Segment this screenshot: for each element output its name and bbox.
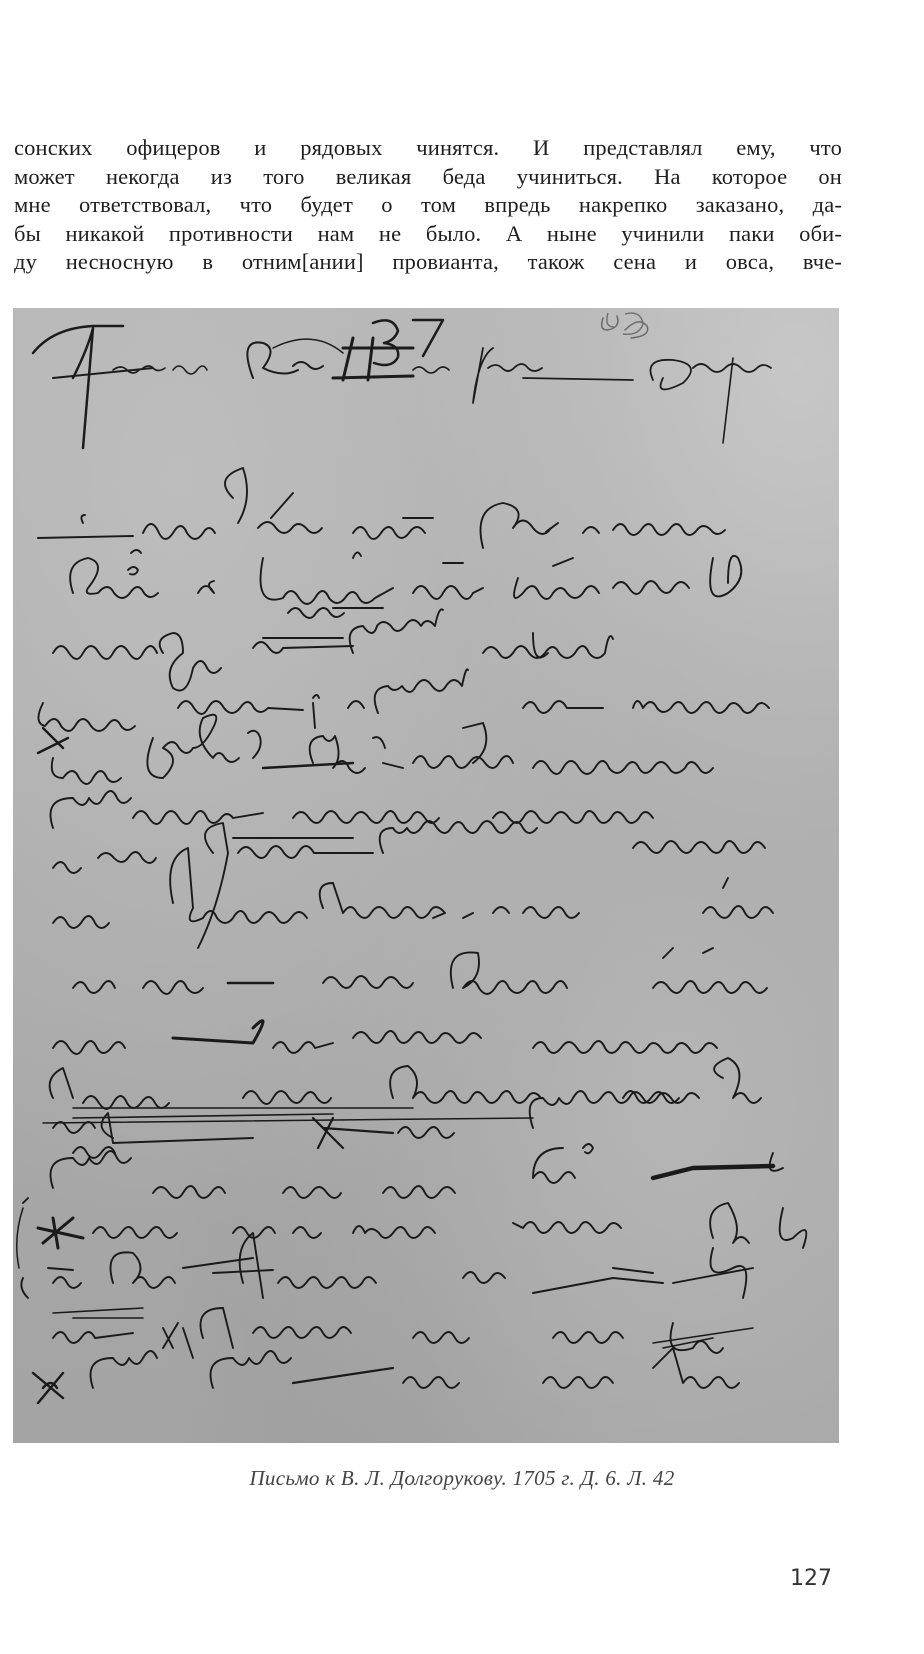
- body-line: бы никакой противности нам не было. А ны…: [14, 220, 842, 249]
- manuscript-photo: [13, 308, 839, 1443]
- figure-caption: Письмо к В. Л. Долгорукову. 1705 г. Д. 6…: [0, 1466, 924, 1491]
- page-number: 127: [790, 1566, 832, 1591]
- body-line: ду несносную в отним[ании] провианта, та…: [14, 248, 842, 277]
- handwriting-strokes: [13, 308, 839, 1443]
- body-line: мне ответствовал, что будет о том впредь…: [14, 191, 842, 220]
- body-line: сонских офицеров и рядовых чинятся. И пр…: [14, 134, 842, 163]
- body-text: сонских офицеров и рядовых чинятся. И пр…: [14, 134, 842, 277]
- body-line: может некогда из того великая беда учини…: [14, 163, 842, 192]
